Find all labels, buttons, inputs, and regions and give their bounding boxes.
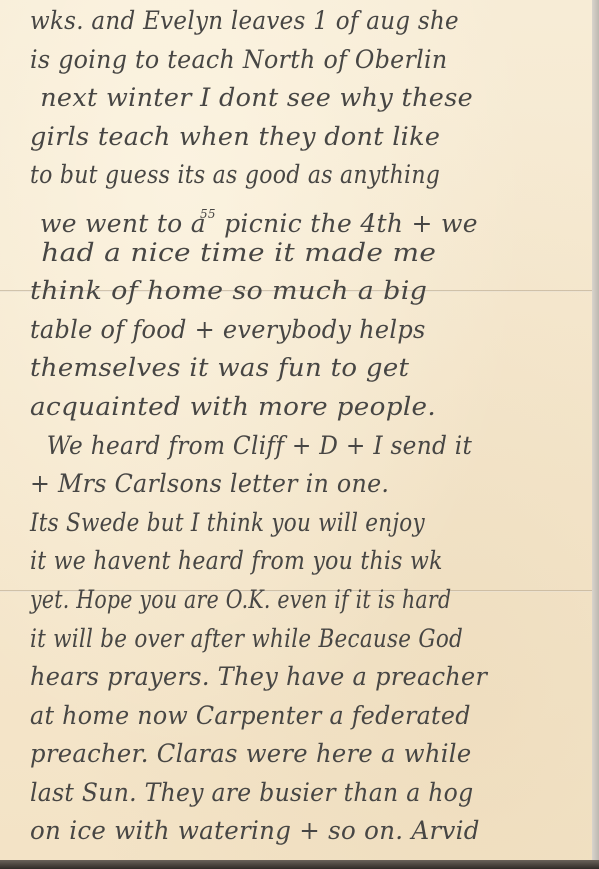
- text-line: acquainted with more people.: [30, 388, 592, 427]
- text-line: We heard from Cliff + D + I send it: [30, 427, 551, 466]
- text-line: themselves it was fun to get: [30, 349, 592, 388]
- text-line: wks. and Evelyn leaves 1 of aug she: [30, 2, 545, 41]
- text-line: had a nice time it made me: [30, 234, 592, 273]
- text-line: we went to a55 picnic the 4th + we: [30, 195, 590, 234]
- text-line: at home now Carpenter a federated: [30, 697, 562, 736]
- handwritten-text: wks. and Evelyn leaves 1 of aug she is g…: [30, 2, 590, 851]
- text-line: on ice with watering + so on. Arvid: [30, 812, 579, 851]
- text-line: yet. Hope you are O.K. even if it is har…: [30, 581, 489, 620]
- scan-edge-right: [592, 0, 599, 860]
- text-line: hears prayers. They have a preacher: [30, 658, 568, 697]
- text-line: last Sun. They are busier than a hog: [30, 774, 556, 813]
- letter-page: wks. and Evelyn leaves 1 of aug she is g…: [0, 0, 592, 860]
- text-line: preacher. Claras were here a while: [30, 735, 573, 774]
- text-line: next winter I dont see why these: [30, 79, 592, 118]
- text-line: + Mrs Carlsons letter in one.: [30, 465, 562, 504]
- text-line: table of food + everybody helps: [30, 311, 568, 350]
- text-line: is going to teach North of Oberlin: [30, 41, 562, 80]
- text-line: it we havent heard from you this wk: [30, 542, 523, 581]
- text-line: Its Swede but I think you will enjoy: [30, 504, 512, 543]
- text-line: girls teach when they dont like: [30, 118, 592, 157]
- margin-annotation: 55: [200, 207, 216, 221]
- text-line: to but guess its as good as anything: [30, 156, 523, 195]
- scan-edge-bottom: [0, 860, 599, 869]
- text-line: it will be over after while Because God: [30, 620, 512, 659]
- text-line: think of home so much a big: [30, 272, 592, 311]
